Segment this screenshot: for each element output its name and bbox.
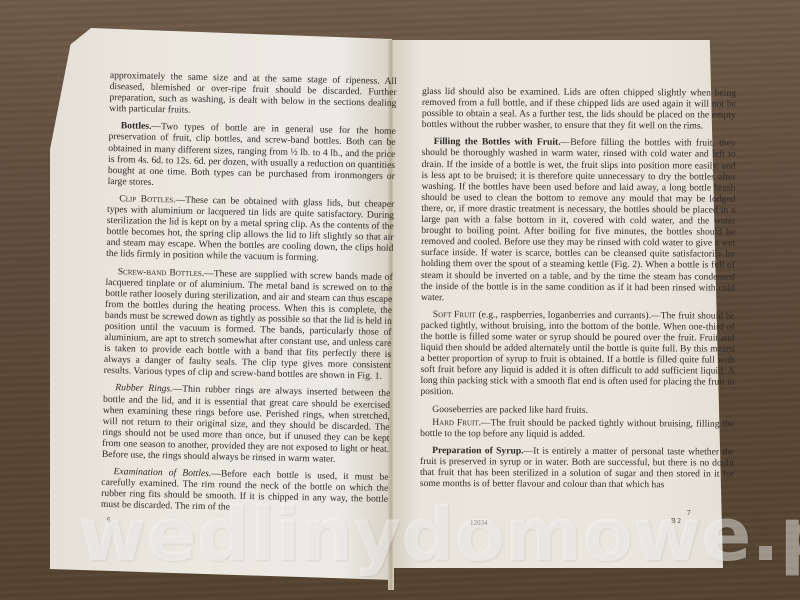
right-page-text: glass lid should also be examined. Lids … (420, 86, 736, 497)
paragraph: Screw-band Bottles.—These are supplied w… (104, 265, 393, 382)
section-heading: Hard Fruit. (432, 417, 481, 428)
paragraph: Preparation of Syrup.—It is entirely a m… (420, 445, 734, 491)
paragraph: approximately the same size and at the s… (109, 70, 397, 120)
section-heading: Bottles. (121, 121, 152, 133)
paragraph: Hard Fruit.—The fruit should be packed t… (420, 417, 734, 441)
paragraph-text: —Two types of bottle are in general use … (108, 121, 396, 188)
paragraph: Rubber Rings.—Thin rubber rings are alwa… (102, 382, 391, 466)
paragraph-text: (e.g., raspberries, loganberries and cur… (420, 309, 734, 398)
signature-mark: B 2 (671, 517, 681, 525)
paragraph: Examination of Bottles.—Before each bott… (101, 466, 389, 516)
paragraph-text: Gooseberries are packed like hard fruits… (432, 404, 588, 416)
left-page-text: approximately the same size and at the s… (101, 70, 397, 522)
paragraph: glass lid should also be examined. Lids … (422, 86, 736, 132)
right-page-number: 7 (687, 509, 691, 517)
section-heading: Preparation of Syrup. (432, 445, 524, 456)
paragraph-text: —Before filling the bottles with fruit, … (421, 137, 736, 303)
paragraph-text: approximately the same size and at the s… (109, 70, 397, 116)
section-heading: Soft Fruit (433, 309, 476, 320)
paragraph-text: —These can be obtained with glass lids, … (106, 194, 394, 263)
paragraph-text: —These are supplied with screw bands mad… (104, 268, 393, 383)
paragraph-text: glass lid should also be examined. Lids … (422, 86, 736, 132)
paragraph: Clip Bottles.—These can be obtained with… (106, 193, 394, 266)
left-page-number: 6 (107, 516, 111, 524)
paragraph: Soft Fruit (e.g., raspberries, loganberr… (420, 309, 734, 399)
paragraph: Bottles.—Two types of bottle are in gene… (108, 120, 396, 193)
printer-code: 12034 (470, 519, 488, 527)
paragraph: Gooseberries are packed like hard fruits… (420, 404, 734, 417)
paragraph-text: —Thin rubber rings are always inserted b… (102, 384, 391, 465)
paragraph: Filling the Bottles with Fruit.—Before f… (421, 136, 736, 304)
section-heading: Filling the Bottles with Fruit. (434, 136, 561, 148)
